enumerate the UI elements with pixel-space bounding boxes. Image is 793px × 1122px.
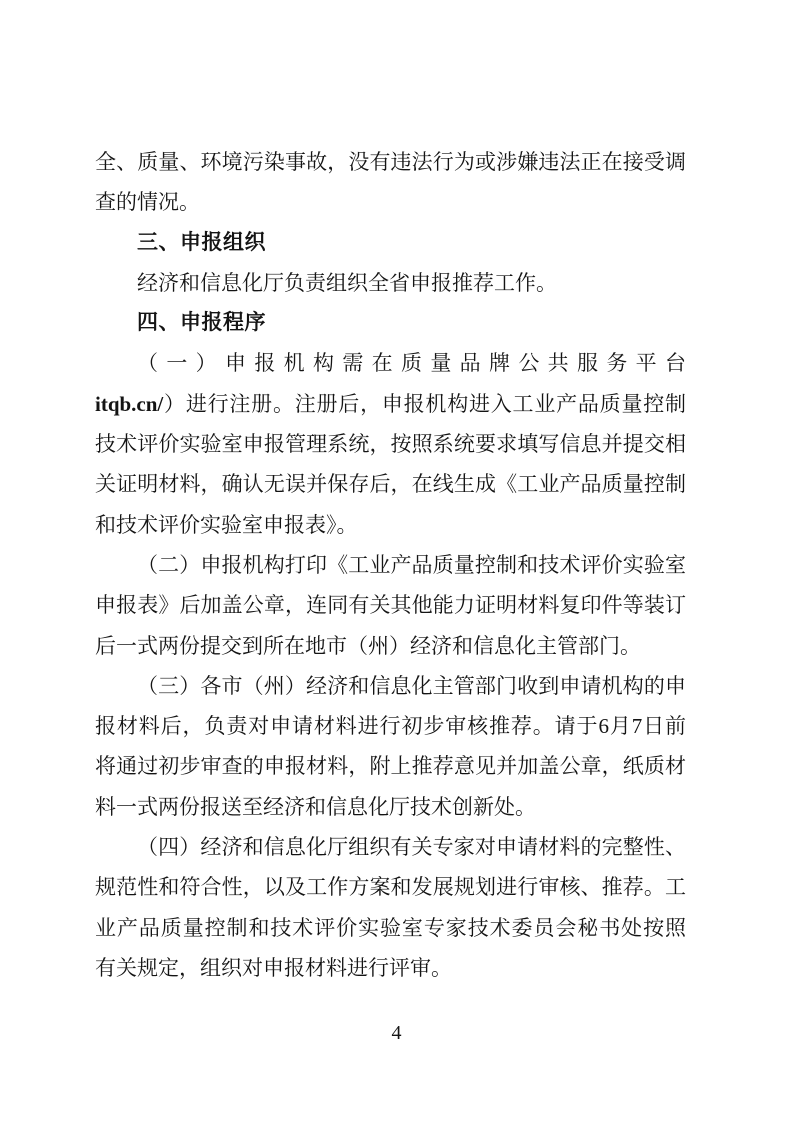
body-line: 关证明材料，确认无误并保存后，在线生成《工业产品质量控制	[95, 464, 686, 504]
body-line: 有关规定，组织对申报材料进行评审。	[95, 948, 686, 988]
body-text: （一）申报机构需在质量品牌公共服务平台（	[95, 351, 686, 383]
page-number: 4	[0, 1020, 793, 1046]
body-line: （一）申报机构需在质量品牌公共服务平台（https://www.mi	[95, 343, 686, 383]
body-line: 将通过初步审查的申报材料，附上推荐意见并加盖公章，纸质材	[95, 746, 686, 786]
section-heading-application-procedure: 四、申报程序	[95, 303, 686, 343]
body-line: 和技术评价实验室申报表》。	[95, 505, 686, 545]
document-body: 全、质量、环境污染事故，没有违法行为或涉嫌违法正在接受调 查的情况。 三、申报组…	[95, 142, 686, 988]
body-line: 经济和信息化厅负责组织全省申报推荐工作。	[95, 263, 686, 303]
body-line: （四）经济和信息化厅组织有关专家对申请材料的完整性、	[95, 827, 686, 867]
body-line: （二）申报机构打印《工业产品质量控制和技术评价实验室	[95, 545, 686, 585]
body-line: 申报表》后加盖公章，连同有关其他能力证明材料复印件等装订	[95, 585, 686, 625]
section-heading-application-organization: 三、申报组织	[95, 223, 686, 263]
body-line: 料一式两份报送至经济和信息化厅技术创新处。	[95, 787, 686, 827]
body-line: 后一式两份提交到所在地市（州）经济和信息化主管部门。	[95, 626, 686, 666]
body-line: （三）各市（州）经济和信息化主管部门收到申请机构的申	[95, 666, 686, 706]
body-line: 技术评价实验室申报管理系统，按照系统要求填写信息并提交相	[95, 424, 686, 464]
body-line: 报材料后，负责对申请材料进行初步审核推荐。请于6月7日前	[95, 706, 686, 746]
url-text: itqb.cn/	[95, 392, 163, 416]
document-page: 全、质量、环境污染事故，没有违法行为或涉嫌违法正在接受调 查的情况。 三、申报组…	[0, 0, 793, 1122]
body-text: ）进行注册。注册后，申报机构进入工业产品质量控制和	[95, 392, 686, 424]
body-line: itqb.cn/）进行注册。注册后，申报机构进入工业产品质量控制和	[95, 384, 686, 424]
body-line: 查的情况。	[95, 182, 686, 222]
body-line: 全、质量、环境污染事故，没有违法行为或涉嫌违法正在接受调	[95, 142, 686, 182]
body-line: 规范性和符合性，以及工作方案和发展规划进行审核、推荐。工	[95, 867, 686, 907]
body-line: 业产品质量控制和技术评价实验室专家技术委员会秘书处按照	[95, 908, 686, 948]
